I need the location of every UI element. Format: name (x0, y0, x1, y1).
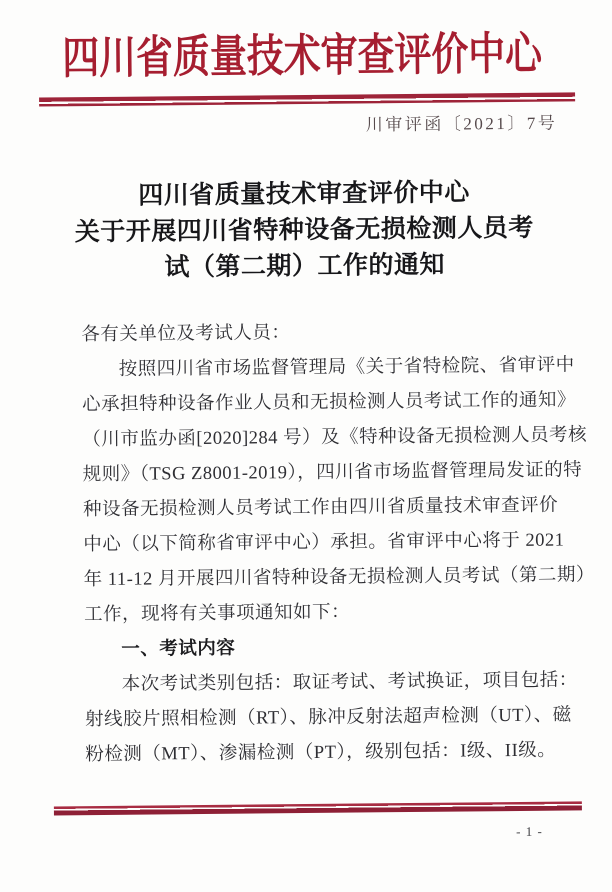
body-line: （川市监办函[2020]284 号）及《特种设备无损检测人员考核 (82, 419, 554, 459)
scanned-notice-page: 四川省质量技术审查评价中心 川审评函〔2021〕7号 四川省质量技术审查评价中心… (0, 0, 612, 892)
body-line: 中心（以下简称省审评中心）承担。省审评中心将于 2021 (83, 524, 555, 564)
section-heading: 一、考试内容 (84, 629, 556, 669)
page-number: - 1 - (516, 824, 543, 840)
body-line: 年 11-12 月开展四川省特种设备无损检测人员考试（第二期） (84, 559, 556, 599)
salutation: 各有关单位及考试人员： (81, 314, 553, 354)
body-line: 本次考试类别包括：取证考试、考试换证，项目包括： (85, 664, 557, 704)
document-title-line: 关于开展四川省特种设备无损检测人员考 (0, 210, 611, 252)
body-line: 工作，现将有关事项通知如下： (84, 594, 556, 634)
body-line: 粉检测（MT）、渗漏检测（PT），级别包括：I级、II级。 (85, 734, 557, 774)
body-line: 规则》（TSG Z8001-2019），四川省市场监督管理局发证的特 (83, 454, 555, 494)
document-number: 川审评函〔2021〕7号 (0, 109, 557, 139)
body-line: 种设备无损检测人员考试工作由四川省质量技术审查评价 (83, 489, 555, 529)
document-title-line: 试（第二期）工作的通知 (0, 246, 611, 288)
footer-double-rule (54, 801, 582, 815)
letterhead-double-rule (39, 92, 575, 106)
body-line: 射线胶片照相检测（RT）、脉冲反射法超声检测（UT）、磁 (85, 699, 557, 739)
body-line: 按照四川省市场监督管理局《关于省特检院、省审评中 (82, 349, 554, 389)
letterhead-org-name-text: 四川省质量技术审查评价中心 (63, 28, 543, 85)
scan-content: 四川省质量技术审查评价中心 川审评函〔2021〕7号 四川省质量技术审查评价中心… (0, 0, 612, 892)
letterhead-org-name: 四川省质量技术审查评价中心 (0, 27, 609, 85)
document-title-line: 四川省质量技术审查评价中心 (0, 174, 610, 216)
document-title: 四川省质量技术审查评价中心 关于开展四川省特种设备无损检测人员考 试（第二期）工… (0, 174, 611, 288)
document-body: 各有关单位及考试人员： 按照四川省市场监督管理局《关于省特检院、省审评中 心承担… (81, 314, 557, 774)
body-line: 心承担特种设备作业人员和无损检测人员考试工作的通知》 (82, 384, 554, 424)
